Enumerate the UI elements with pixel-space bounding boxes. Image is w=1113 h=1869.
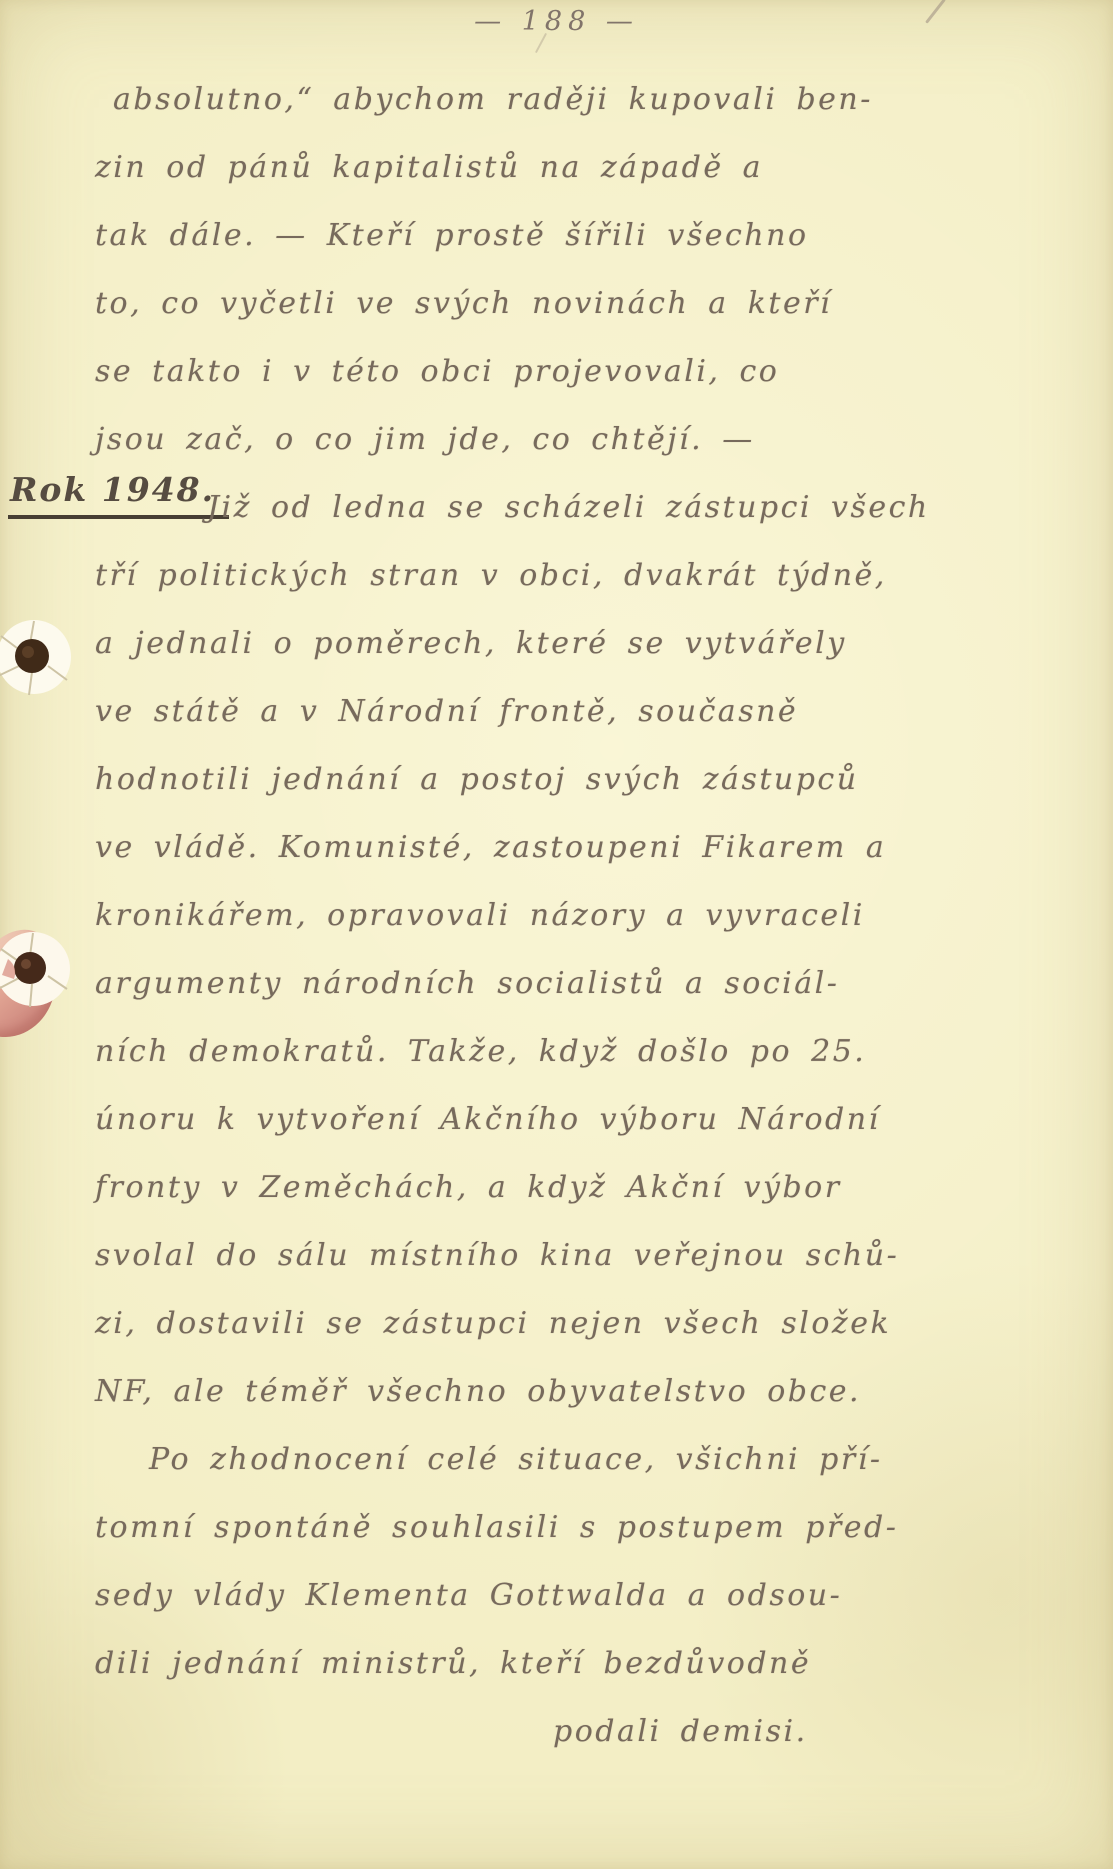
punch-hole-top xyxy=(0,618,75,698)
handwritten-text-block: absolutno,“ abychom raději kupovali ben-… xyxy=(95,66,1058,1766)
handwritten-line: zi, dostavili se zástupci nejen všech sl… xyxy=(95,1290,1058,1358)
handwritten-line: fronty v Zeměchách, a když Akční výbor xyxy=(95,1154,1058,1222)
page-number: — 188 — xyxy=(0,6,1113,37)
handwritten-line: Po zhodnocení celé situace, všichni pří- xyxy=(95,1426,1058,1494)
handwritten-line: sedy vlády Klementa Gottwalda a odsou- xyxy=(95,1562,1058,1630)
handwritten-line: absolutno,“ abychom raději kupovali ben- xyxy=(95,66,1058,134)
handwritten-line: argumenty národních socialistů a sociál- xyxy=(95,950,1058,1018)
handwritten-line: a jednali o poměrech, které se vytvářely xyxy=(95,610,1058,678)
handwritten-line: zin od pánů kapitalistů na západě a xyxy=(95,134,1058,202)
handwritten-line: ních demokratů. Takže, když došlo po 25. xyxy=(95,1018,1058,1086)
handwritten-line: hodnotili jednání a postoj svých zástupc… xyxy=(95,746,1058,814)
handwritten-line: ve vládě. Komunisté, zastoupeni Fikarem … xyxy=(95,814,1058,882)
handwritten-line: dili jednání ministrů, kteří bezdůvodně xyxy=(95,1630,1058,1698)
handwritten-line: ve státě a v Národní frontě, současně xyxy=(95,678,1058,746)
handwritten-line: kronikářem, opravovali názory a vyvracel… xyxy=(95,882,1058,950)
handwritten-line: se takto i v této obci projevovali, co xyxy=(95,338,1058,406)
handwritten-line: svolal do sálu místního kina veřejnou sc… xyxy=(95,1222,1058,1290)
handwritten-line: jsou zač, o co jim jde, co chtějí. — xyxy=(95,406,1058,474)
chronicle-page: — 188 — Rok 1948. absolutno,“ abychom ra… xyxy=(0,0,1113,1869)
handwritten-line: tří politických stran v obci, dvakrát tý… xyxy=(95,542,1058,610)
handwritten-line: NF, ale téměř všechno obyvatelstvo obce. xyxy=(95,1358,1058,1426)
handwritten-line: Již od ledna se scházeli zástupci všech xyxy=(95,474,1058,542)
handwritten-line: to, co vyčetli ve svých novinách a kteří xyxy=(95,270,1058,338)
handwritten-line: tomní spontáně souhlasili s postupem pře… xyxy=(95,1494,1058,1562)
punch-hole-bottom xyxy=(0,929,74,1009)
handwritten-line: tak dále. — Kteří prostě šířili všechno xyxy=(95,202,1058,270)
handwritten-line: podali demisi. xyxy=(95,1698,1058,1766)
handwritten-line: únoru k vytvoření Akčního výboru Národní xyxy=(95,1086,1058,1154)
